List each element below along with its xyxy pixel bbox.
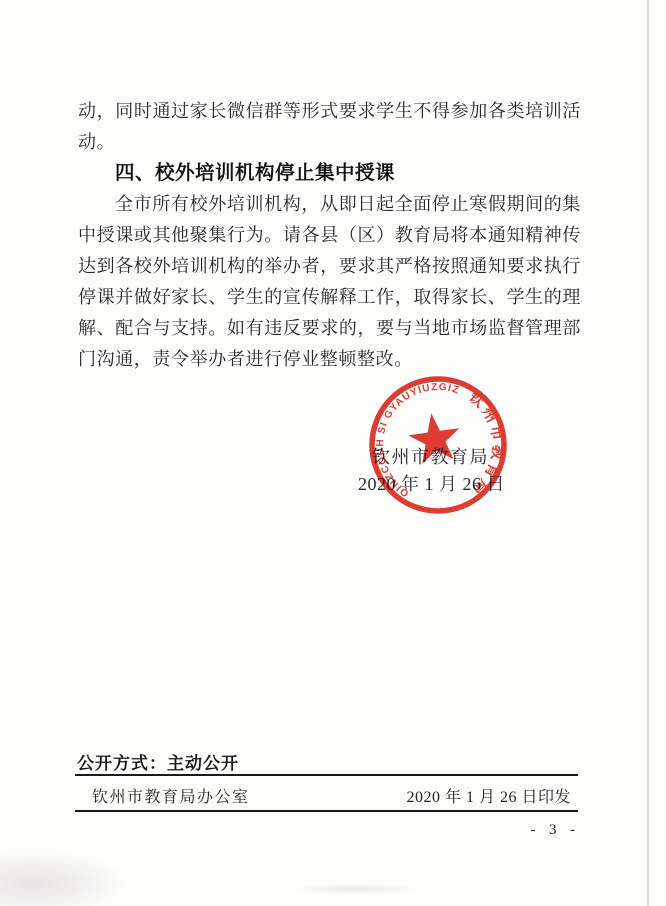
paragraph-main: 全市所有校外培训机构，从即日起全面停止寒假期间的集中授课或其他聚集行为。请各县（… [78, 189, 581, 375]
scanned-document-page: 动，同时通过家长微信群等形式要求学生不得参加各类培训活动。 四、校外培训机构停止… [0, 0, 666, 906]
section-heading: 四、校外培训机构停止集中授课 [78, 158, 581, 189]
seal-star-icon [406, 410, 464, 465]
paragraph-continuation: 动，同时通过家长微信群等形式要求学生不得参加各类培训活动。 [78, 96, 581, 158]
document-body: 动，同时通过家长微信群等形式要求学生不得参加各类培训活动。 四、校外培训机构停止… [78, 96, 581, 375]
official-seal-stamp-icon: QINZCOUH SI GYAUYIUZGIZ 钦州市教育局 [362, 369, 514, 521]
footer-rule-bottom [75, 810, 578, 812]
footer-print-date: 2020 年 1 月 26 日印发 [406, 784, 571, 807]
scan-page-edge [647, 0, 649, 906]
scan-smudge [0, 850, 130, 906]
footer-issuer: 钦州市教育局办公室 [92, 784, 250, 807]
scan-smudge [295, 884, 415, 894]
disclosure-method-label: 公开方式：主动公开 [77, 749, 239, 774]
footer-rule-top [75, 774, 578, 776]
seal-ring-text-chinese: 钦州市教育局 [466, 388, 508, 500]
page-number: - 3 - [531, 822, 578, 839]
